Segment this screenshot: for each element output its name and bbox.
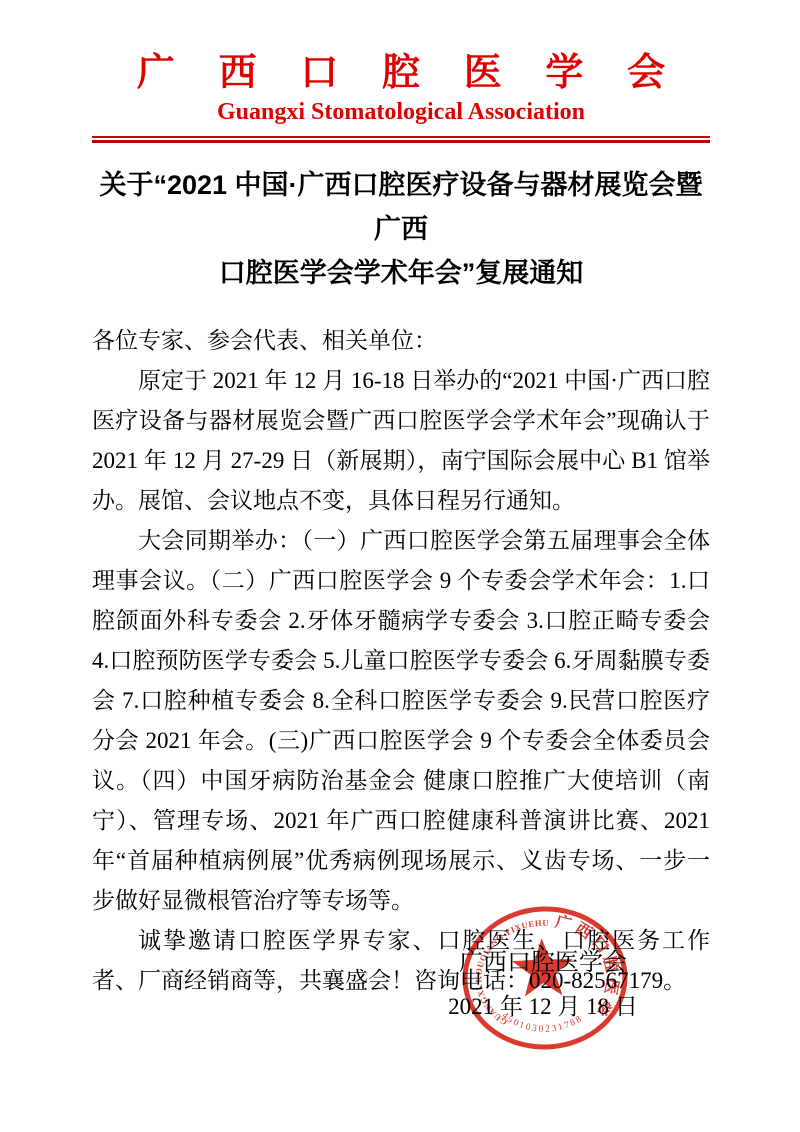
paragraph-concurrent-events: 大会同期举办：（一）广西口腔医学会第五届理事会全体理事会议。（二）广西口腔医学会…	[92, 521, 710, 921]
salutation: 各位专家、参会代表、相关单位：	[92, 321, 710, 361]
notice-title: 关于“2021 中国·广西口腔医疗设备与器材展览会暨广西 口腔医学会学术年会”复…	[92, 163, 710, 295]
notice-document-page: 广 西 口 腔 医 学 会 Guangxi Stomatological Ass…	[0, 0, 800, 1132]
letterhead-org-name-cn: 广 西 口 腔 医 学 会	[92, 50, 710, 96]
notice-title-line1: 关于“2021 中国·广西口腔医疗设备与器材展览会暨广西	[92, 163, 710, 251]
star-icon	[511, 937, 574, 997]
seal-serial-number: 4501030231788	[499, 1008, 585, 1036]
letterhead-divider-line	[92, 136, 710, 143]
paragraph-reschedule: 原定于 2021 年 12 月 16-18 日举办的“2021 中国·广西口腔医…	[92, 361, 710, 521]
notice-title-line2: 口腔医学会学术年会”复展通知	[92, 251, 710, 295]
official-seal-stamp: GUANGXI KOUQIANG YIXUEHUI 广西口腔医学会 450103…	[442, 885, 648, 1072]
document-content: 广 西 口 腔 医 学 会 Guangxi Stomatological Ass…	[92, 0, 710, 1001]
letterhead-org-name-en: Guangxi Stomatological Association	[92, 98, 710, 126]
